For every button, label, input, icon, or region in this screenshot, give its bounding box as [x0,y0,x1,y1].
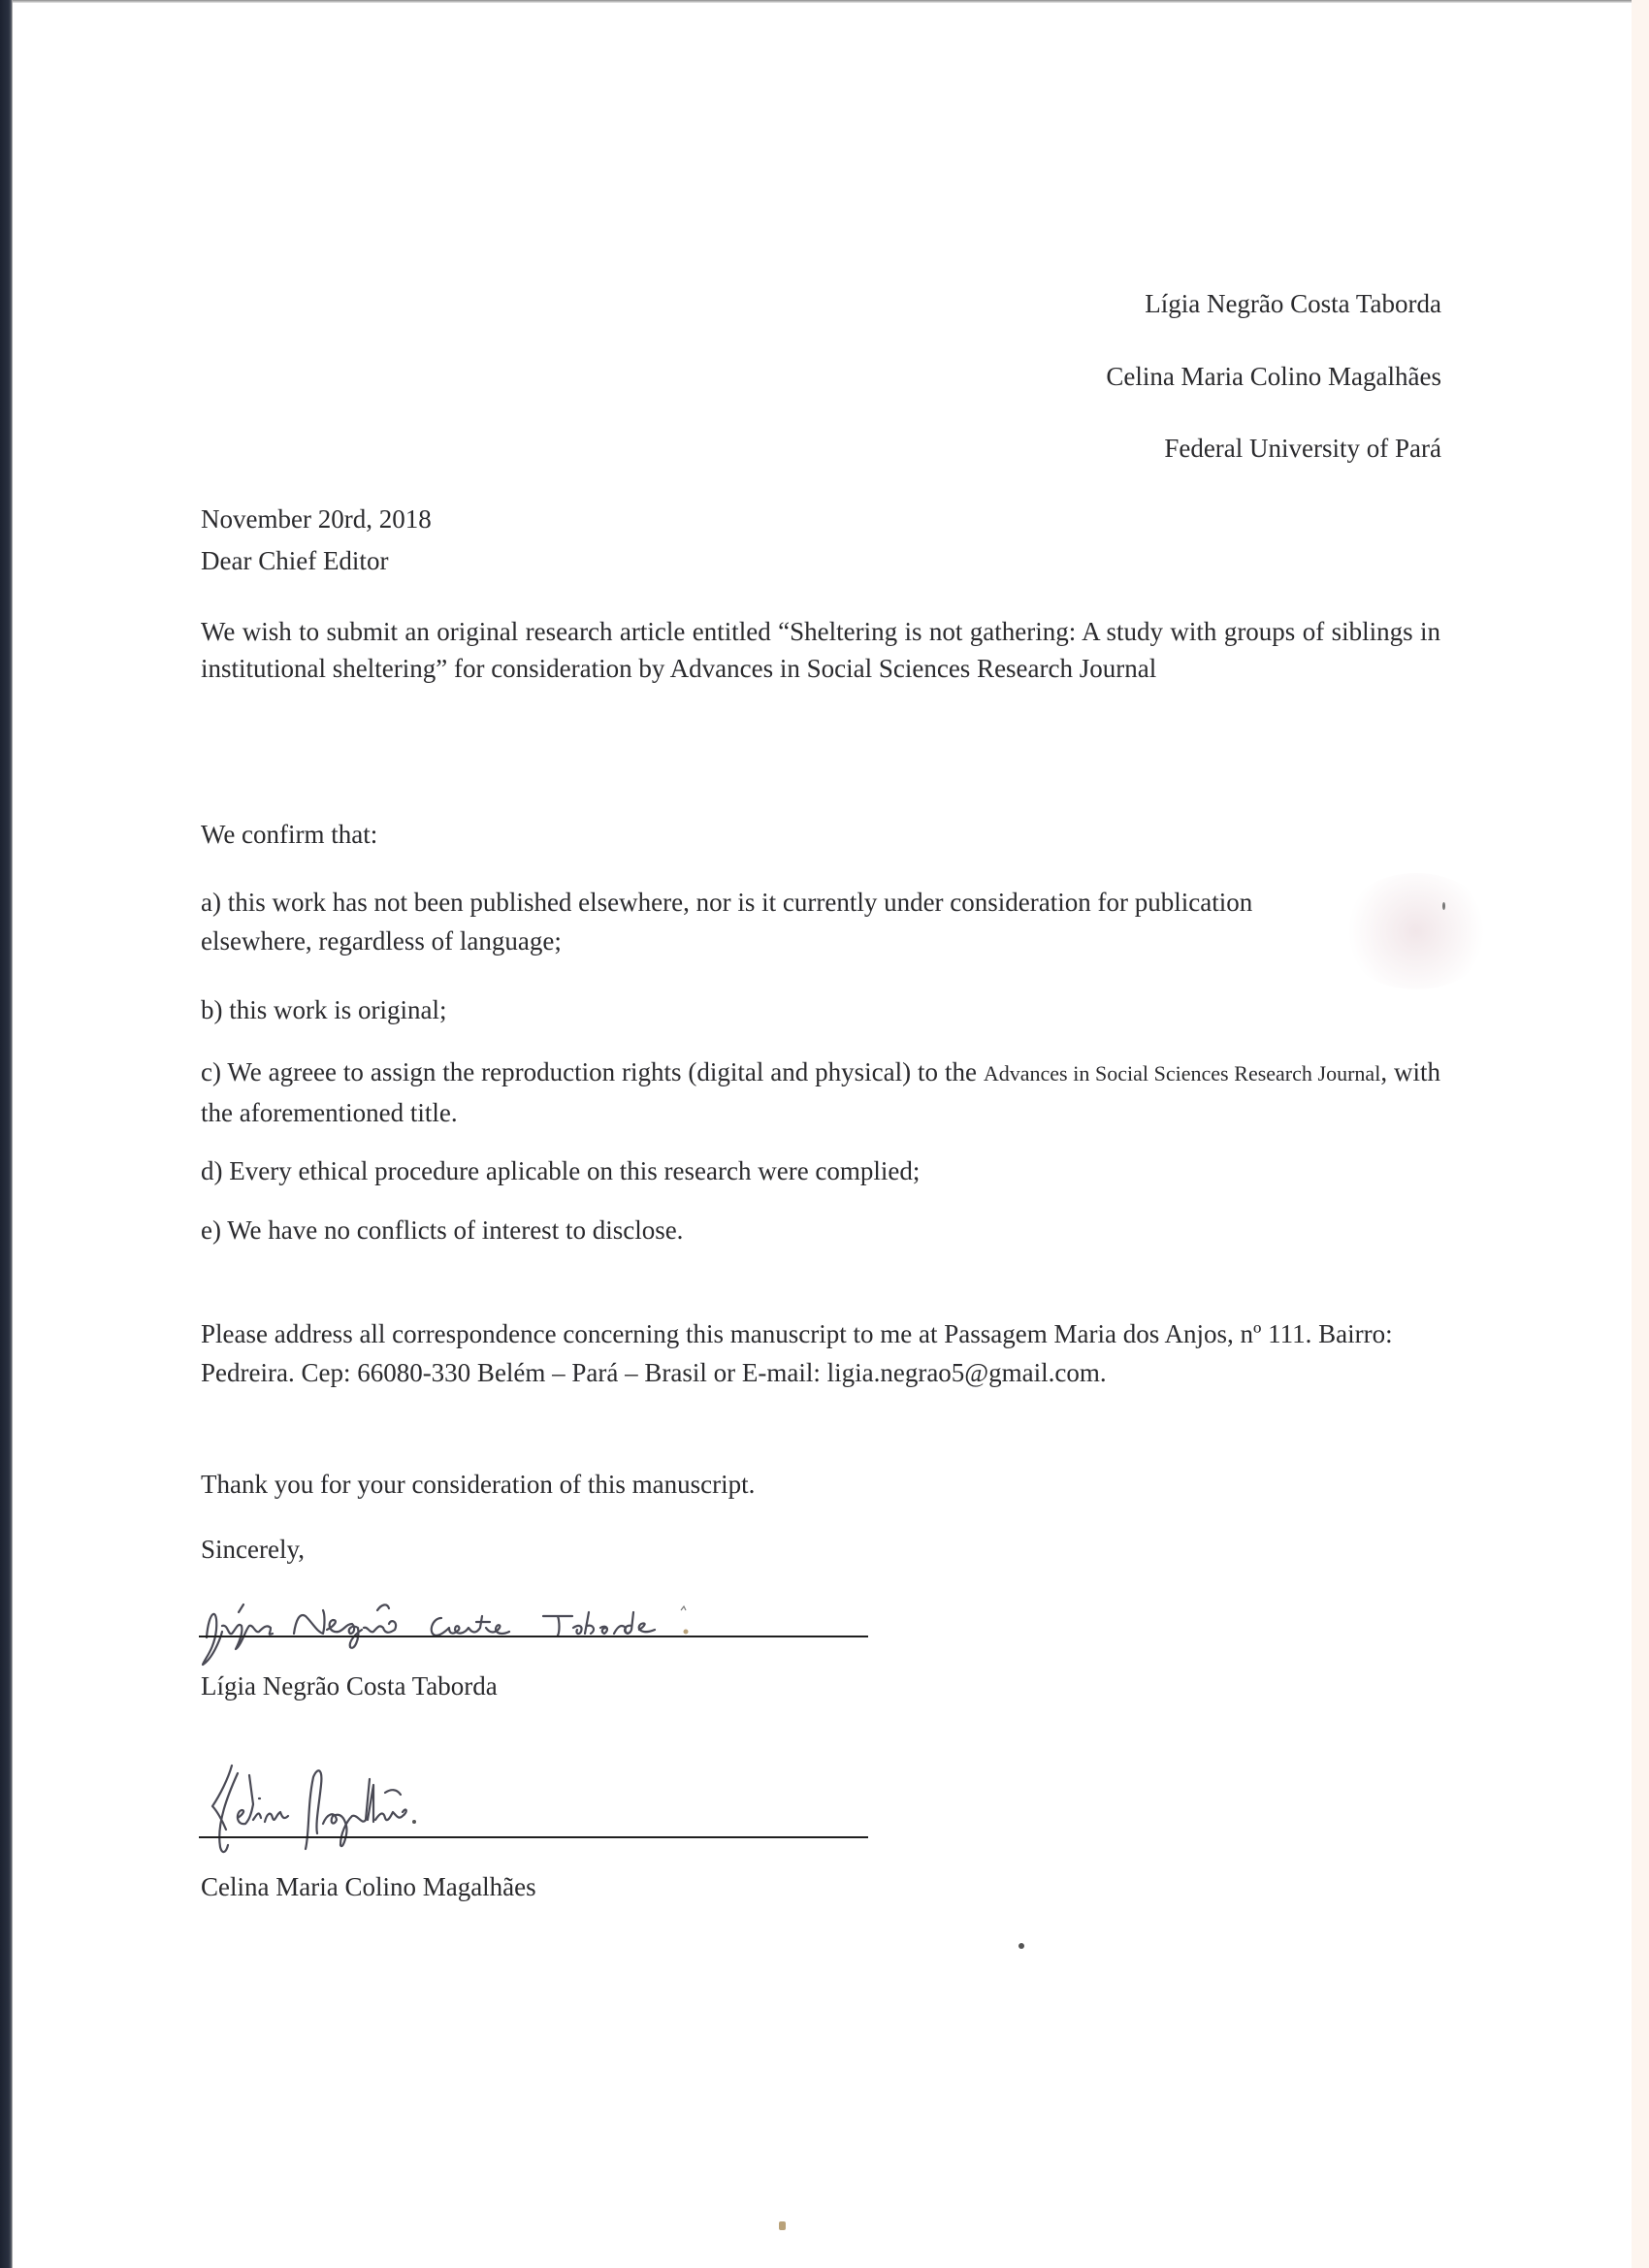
confirmation-d: d) Every ethical procedure aplicable on … [201,1154,920,1187]
scan-border-right [1632,0,1649,2268]
confirmation-c-journal: Advances in Social Sciences Research Jou… [984,1061,1380,1085]
signature-line-2 [199,1836,868,1838]
correspondence-paragraph: Please address all correspondence concer… [201,1314,1394,1392]
confirmation-c-prefix: c) We agreee to assign the reproduction … [201,1057,984,1086]
letter-date: November 20rd, 2018 [201,502,432,535]
scan-border-top [13,0,1649,3]
confirmation-b: b) this work is original; [201,993,446,1026]
paper-speck [1442,902,1445,910]
handwritten-signature-1 [199,1591,829,1669]
letterhead-author-2: Celina Maria Colino Magalhães [1106,360,1441,393]
paper-stain [1339,873,1494,989]
intro-paragraph: We wish to submit an original research a… [201,613,1440,687]
signatory-name-2: Celina Maria Colino Magalhães [201,1870,536,1903]
paper-speck [779,2221,786,2230]
closing: Sincerely, [201,1533,305,1566]
confirmation-e: e) We have no conflicts of interest to d… [201,1214,683,1247]
signatory-name-1: Lígia Negrão Costa Taborda [201,1669,498,1702]
confirmation-c: c) We agreee to assign the reproduction … [201,1053,1440,1132]
letterhead-author-1: Lígia Negrão Costa Taborda [1145,287,1441,320]
thanks-line: Thank you for your consideration of this… [201,1468,755,1501]
scan-border-left [0,0,13,2268]
handwritten-signature-2 [199,1756,703,1863]
letterhead-institution: Federal University of Pará [1164,432,1441,465]
confirm-heading: We confirm that: [201,818,377,851]
confirmation-a: a) this work has not been published else… [201,883,1345,960]
signature-line-1 [199,1636,868,1637]
salutation: Dear Chief Editor [201,544,388,577]
paper-speck [1018,1943,1024,1949]
